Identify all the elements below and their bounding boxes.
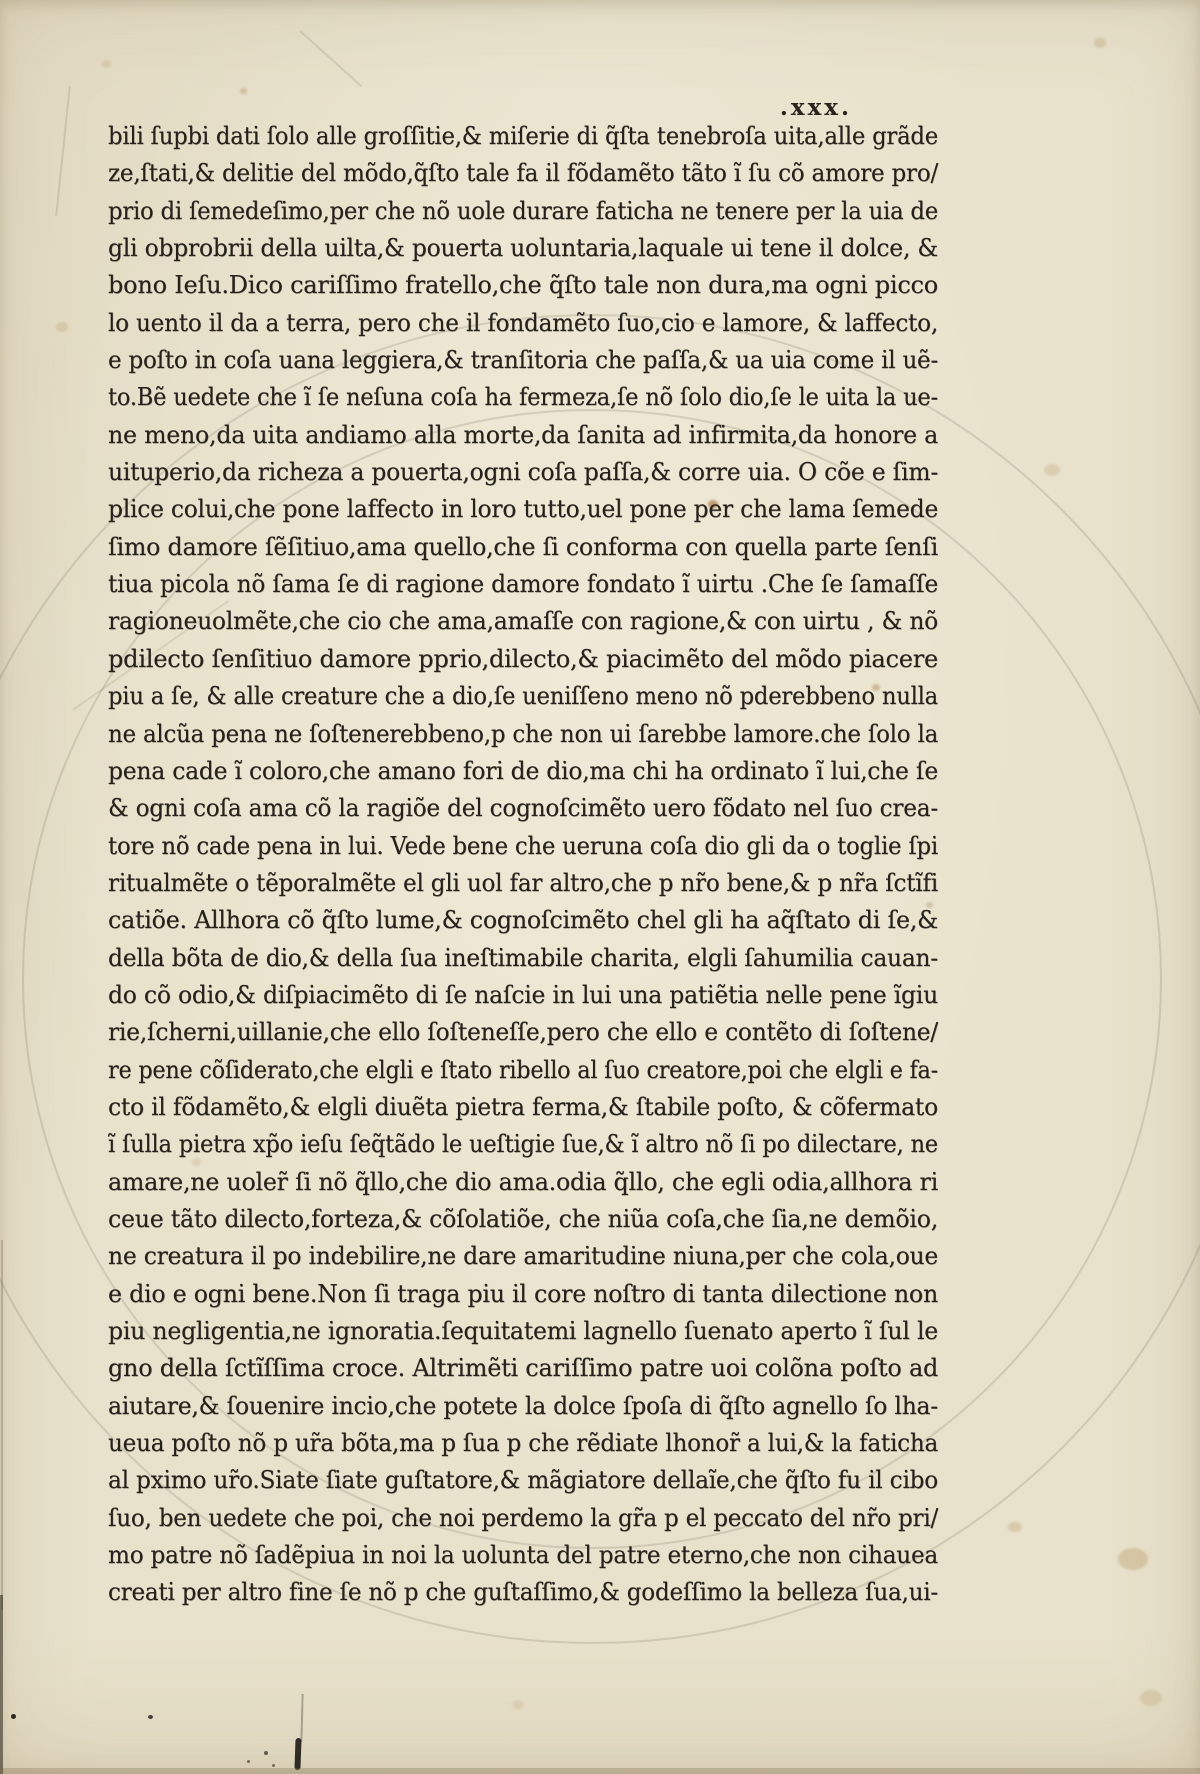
foxing-spot — [1094, 38, 1106, 48]
text-line: prio di ſemedeſimo,per che nõ uole durar… — [108, 193, 938, 230]
text-line: mo patre nõ ſadẽpiua in noi la uolunta d… — [108, 1537, 938, 1574]
text-line: ſuo, ben uedete che poi, che noi perdemo… — [108, 1500, 938, 1537]
ink-speck — [247, 1760, 250, 1763]
text-line: ueua poſto nõ p ur̃a bõta,ma p ſua p che… — [108, 1425, 938, 1462]
text-line: plice colui,che pone laffecto in loro tu… — [108, 491, 938, 528]
foxing-spot — [1044, 464, 1060, 476]
text-line: amare,ne uoler̃ ſi nõ q̃llo,che dio ama.… — [108, 1164, 938, 1201]
text-line: tore nõ cade pena in lui. Vede bene che … — [108, 828, 938, 865]
text-line: gno della ſctĩſſima croce. Altrimẽti car… — [108, 1350, 938, 1387]
foxing-spot — [102, 60, 111, 68]
text-line: do cõ odio,& diſpiacimẽto di ſe naſcie i… — [108, 977, 938, 1014]
text-line: ne meno,da uita andiamo alla morte,da ſa… — [108, 417, 938, 454]
page-edge — [0, 1768, 1200, 1774]
text-line: catiõe. Allhora cõ q̃ſto lume,& cognoſci… — [108, 902, 938, 939]
folio-number: .xxx. — [108, 94, 938, 121]
text-line: ne alcũa pena ne ſoſtenerebbeno,p che no… — [108, 716, 938, 753]
text-line: aiutare,& ſouenire incio,che potete la d… — [108, 1388, 938, 1425]
text-line: & ogni coſa ama cõ la ragiõe del cognoſc… — [108, 790, 938, 827]
ink-speck — [11, 1714, 16, 1719]
text-line: to.Bẽ uedete che ĩ ſe neſuna coſa ha fer… — [108, 379, 938, 416]
ink-speck — [148, 1715, 153, 1719]
foxing-spot — [1140, 1690, 1162, 1706]
text-line: tiua picola nõ ſama ſe di ragione damore… — [108, 566, 938, 603]
text-line: al pximo ur̃o.Siate ſiate guſtatore,& mã… — [108, 1462, 938, 1499]
ink-speck — [264, 1751, 268, 1755]
page-edge — [0, 1595, 3, 1774]
paper-crease — [300, 31, 362, 87]
text-line: ſimo damore ſẽſitiuo,ama quello,che ſi c… — [108, 529, 938, 566]
text-line: creati per altro fine ſe nõ p che guſtaſ… — [108, 1574, 938, 1611]
foxing-spot — [1118, 1548, 1148, 1570]
foxing-spot — [56, 322, 68, 332]
text-line: piu negligentia,ne ignoratia.ſequitatemi… — [108, 1313, 938, 1350]
text-line: ĩ ſulla pietra xp̃o ieſu ſeq̃tãdo le ueſ… — [108, 1126, 938, 1163]
text-line: re pene cõſiderato,che elgli e ſtato rib… — [108, 1052, 938, 1089]
text-line: della bõta de dio,& della ſua ineſtimabi… — [108, 940, 938, 977]
text-line: uituperio,da richeza a pouerta,ogni coſa… — [108, 454, 938, 491]
text-line: ze,ſtati,& delitie del mõdo,q̃ſto tale f… — [108, 155, 938, 192]
text-line: rie,ſcherni,uillanie,che ello ſoſteneſſe… — [108, 1014, 938, 1051]
paper-crease — [55, 86, 70, 215]
text-line: cto il fõdamẽto,& elgli diuẽta pietra fe… — [108, 1089, 938, 1126]
text-line: ragioneuolmẽte,che cio che ama,amaſſe co… — [108, 603, 938, 640]
text-line: ceue tãto dilecto,forteza,& cõſolatiõe, … — [108, 1201, 938, 1238]
text-line: e dio e ogni bene.Non ſi traga piu il co… — [108, 1276, 938, 1313]
book-page: .xxx. bili ſupbi dati ſolo alle groſſiti… — [0, 0, 1200, 1774]
page-edge — [1, 1240, 3, 1610]
text-line: e poſto in coſa uana leggiera,& tranſito… — [108, 342, 938, 379]
text-line: bili ſupbi dati ſolo alle groſſitie,& mi… — [108, 118, 938, 155]
text-line: ritualmẽte o tẽporalmẽte el gli uol far … — [108, 865, 938, 902]
text-line: pena cade ĩ coloro,che amano fori de dio… — [108, 753, 938, 790]
ink-mark — [300, 1694, 303, 1742]
text-line: gli obprobrii della uilta,& pouerta uolu… — [108, 230, 938, 267]
text-line: ne creatura il po indebilire,ne dare ama… — [108, 1238, 938, 1275]
text-line: lo uento il da a terra, pero che il fond… — [108, 305, 938, 342]
text-line: piu a ſe, & alle creature che a dio,ſe u… — [108, 678, 938, 715]
ink-speck — [272, 1764, 275, 1767]
ink-mark — [294, 1738, 301, 1770]
foxing-spot — [1008, 1522, 1022, 1532]
text-block: bili ſupbi dati ſolo alle groſſitie,& mi… — [108, 118, 938, 1612]
text-line: pdilecto ſenſitiuo damore pprio,dilecto,… — [108, 641, 938, 678]
text-line: bono Ieſu.Dico cariſſimo fratello,che q̃… — [108, 267, 938, 304]
foxing-spot — [512, 1700, 524, 1709]
